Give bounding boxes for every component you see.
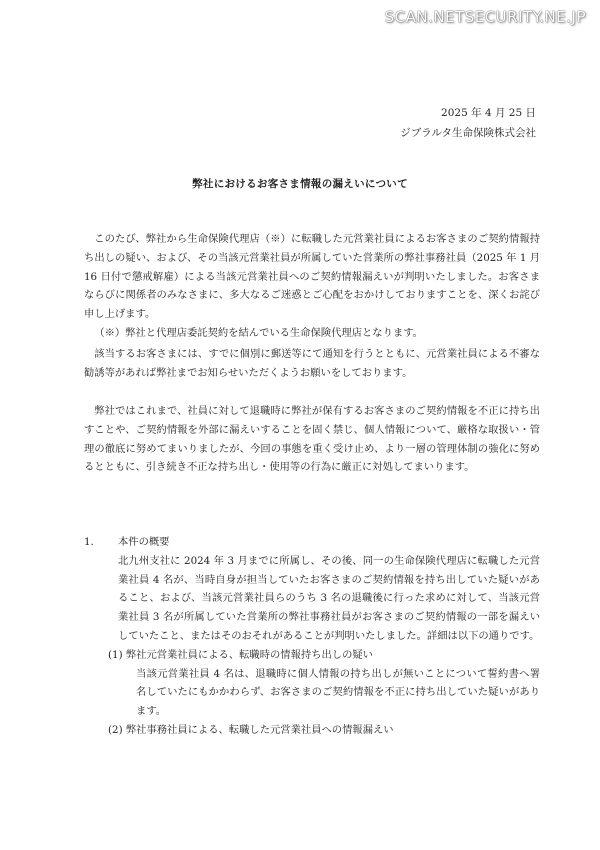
section-line: 以下の通りです。: [458, 630, 540, 642]
policy-line: 弊社ではこれまで、社員に対して退職時に弊社が保有するお客さまのご契約情報を不正: [94, 405, 498, 417]
document-page: SCAN.NETSECURITY.NE.JP 2025 年 4 月 25 日 ジ…: [0, 0, 600, 850]
notice-paragraph: 該当するお客さまには、すでに個別に郵送等にて通知を行うとともに、元営業社員による…: [84, 345, 540, 383]
notice-line: 該当するお客さまには、すでに個別に郵送等にて通知を行うとともに、元営業社員による: [94, 348, 509, 360]
issue-date: 2025 年 4 月 25 日: [400, 103, 536, 123]
section-overview: 1. 本件の概要 北九州支社に 2024 年 3 月までに所属し、その後、同一の…: [84, 533, 540, 740]
policy-text: 弊社ではこれまで、社員に対して退職時に弊社が保有するお客さまのご契約情報を不正に…: [84, 402, 540, 477]
section-body: 北九州支社に 2024 年 3 月までに所属し、その後、同一の生命保険代理店に転…: [84, 552, 540, 646]
section-title: 本件の概要: [118, 533, 169, 552]
sub-item-2-label: (2) 弊社事務社員による、転職した元営業社員への情報漏えい: [84, 721, 540, 740]
intro-text: このたび、弊社から生命保険代理店（※）に転職した元営業社員によるお客さまのご契約…: [84, 230, 540, 324]
document-title: 弊社におけるお客さま情報の漏えいについて: [0, 176, 600, 191]
sub-item-1-label: (1) 弊社元営業社員による、転職時の情報持ち出しの疑い: [84, 646, 540, 665]
notice-text: 該当するお客さまには、すでに個別に郵送等にて通知を行うとともに、元営業社員による…: [84, 345, 540, 383]
section-number: 1.: [84, 533, 118, 552]
intro-line: このたび、弊社から生命保険代理店（※）に転職した元営業社員によるお客さまのご契約: [94, 233, 509, 245]
section-line: 北九州支社に 2024 年 3 月までに所属し、その後、同一の生命保険代理店に転…: [118, 555, 530, 567]
company-name: ジブラルタ生命保険株式会社: [400, 123, 536, 143]
site-watermark: SCAN.NETSECURITY.NE.JP: [385, 8, 586, 26]
section-heading: 1. 本件の概要: [84, 533, 540, 552]
letter-header: 2025 年 4 月 25 日 ジブラルタ生命保険株式会社: [400, 103, 536, 143]
policy-line: てまいります。: [403, 461, 474, 473]
sub-item-line: 当該元営業社員 4 名は、退職時に個人情報の持ち出しが無いことについて誓約書へ: [136, 668, 530, 680]
policy-paragraph: 弊社ではこれまで、社員に対して退職時に弊社が保有するお客さまのご契約情報を不正に…: [84, 402, 540, 477]
agency-note: （※）弊社と代理店委託契約を結んでいる生命保険代理店となります。: [84, 324, 540, 343]
intro-paragraph: このたび、弊社から生命保険代理店（※）に転職した元営業社員によるお客さまのご契約…: [84, 230, 540, 343]
sub-item-1-body: 当該元営業社員 4 名は、退職時に個人情報の持ち出しが無いことについて誓約書へ署…: [84, 665, 540, 721]
